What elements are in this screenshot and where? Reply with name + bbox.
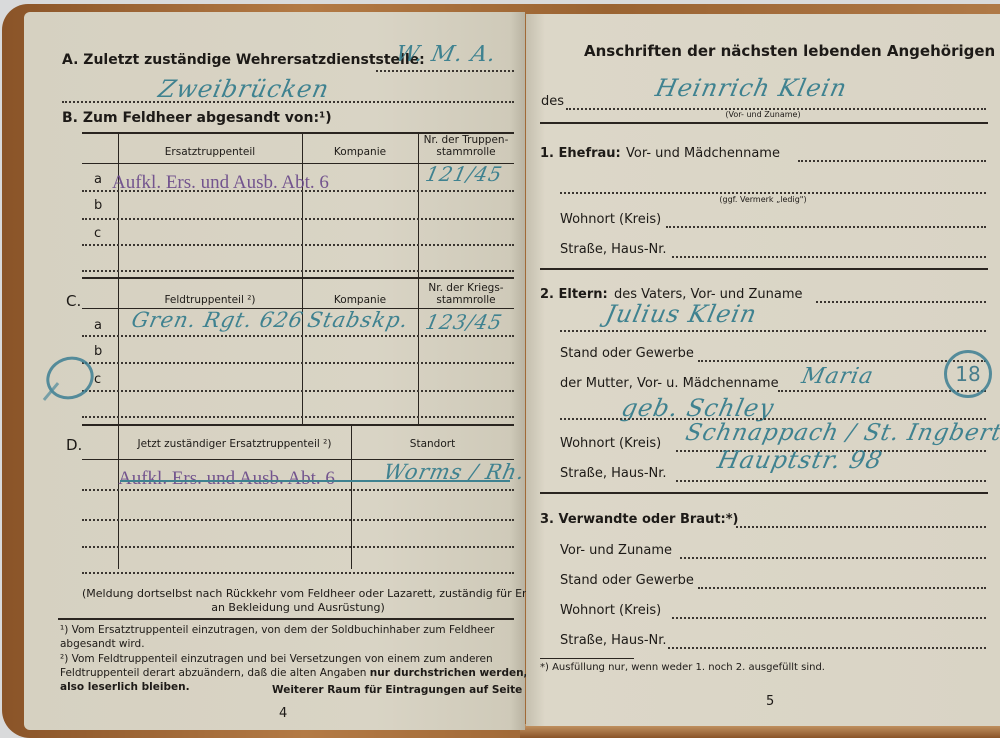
section-3-label: 3. Verwandte oder Braut:*): [540, 512, 738, 527]
table-c-header-number: Nr. der Kriegs-stammrolle: [418, 282, 514, 306]
footnote-2-line3: also leserlich bleiben.: [60, 681, 190, 693]
section-2-father-line2: [560, 330, 986, 332]
section-2-mother-label: der Mutter, Vor- u. Mädchenname: [560, 376, 779, 391]
section-3-name-line: [680, 557, 986, 559]
section-2-street-value: Hauptstr. 98: [715, 446, 885, 474]
footnote-1-line1: ¹) Vom Ersatztruppenteil einzutragen, vo…: [60, 624, 494, 636]
table-c-bottom-rule: [82, 424, 514, 426]
section-2-residence-label: Wohnort (Kreis): [560, 436, 661, 451]
table-b-row-line: [82, 218, 514, 220]
footnote-2-line2-emphasis: nur durchstrichen werden,: [370, 667, 528, 679]
section-2-occupation-line: [698, 360, 986, 362]
des-rule: [540, 122, 988, 124]
table-c-row-company: Stabskp.: [305, 308, 411, 332]
des-value: Heinrich Klein: [653, 74, 850, 102]
table-b-header-company: Kompanie: [302, 146, 418, 158]
table-b-row-line: [82, 244, 514, 246]
table-d-header-location: Standort: [351, 438, 514, 450]
continuation-note: Weiterer Raum für Eintragungen auf Seite…: [272, 684, 545, 696]
section-2-father-line: [816, 301, 986, 303]
table-b-row-line: [82, 190, 514, 192]
section-3-occupation-label: Stand oder Gewerbe: [560, 573, 694, 588]
table-b-header-unit: Ersatztruppenteil: [118, 146, 302, 158]
section-1-name-line: [798, 160, 986, 162]
table-c-row-number: 123/45: [423, 310, 504, 334]
section-2-father-value: Julius Klein: [603, 300, 760, 328]
book-cover-edge: [520, 724, 1000, 738]
section-d-note-line2: an Bekleidung und Ausrüstung): [82, 601, 514, 614]
section-2-street-line: [676, 480, 986, 482]
section-a-value-line1: W. M. A.: [393, 42, 498, 67]
table-b-row-letter: a: [94, 172, 102, 187]
section-2-label: 2. Eltern:: [540, 287, 608, 302]
right-footnote: *) Ausfüllung nur, wenn weder 1. noch 2.…: [540, 662, 825, 673]
section-a-line2: [62, 101, 514, 103]
table-c-row-unit: Gren. Rgt. 626: [129, 308, 305, 332]
table-d-row-unit-stamp: Aufkl. Ers. und Ausb. Abt. 6: [118, 468, 335, 490]
table-d-header-unit: Jetzt zuständiger Ersatztruppenteil ²): [118, 438, 351, 450]
section-c-label: C.: [66, 292, 81, 310]
left-page: A. Zuletzt zuständige Wehrersatzdienstst…: [24, 12, 525, 730]
section-d-label: D.: [66, 436, 82, 454]
footnote-2-line2: Feldtruppenteil derart abzuändern, daß d…: [60, 667, 528, 679]
table-b-row-letter: c: [94, 226, 101, 241]
section-2-rule: [540, 492, 988, 494]
table-d-row-line: [82, 489, 514, 491]
page-number-left: 4: [279, 706, 287, 721]
section-1-street-line: [672, 256, 986, 258]
footnote-rule: [58, 618, 514, 620]
section-1-residence-line: [666, 226, 986, 228]
footnote-rule-right: [540, 658, 634, 659]
table-c-row-line: [82, 362, 514, 364]
footnote-1-line2: abgesandt wird.: [60, 638, 145, 650]
section-a-line1: [376, 70, 514, 72]
section-b-label: B. Zum Feldheer abgesandt von:¹): [62, 110, 332, 126]
table-b-header-number: Nr. der Truppen-stammrolle: [418, 134, 514, 158]
section-1-name-label: Vor- und Mädchenname: [626, 146, 780, 161]
section-2-street-label: Straße, Haus-Nr.: [560, 466, 667, 481]
table-c-row-line: [82, 390, 514, 392]
table-c-row-line: [82, 335, 514, 337]
section-3-line: [736, 526, 986, 528]
table-b-row-letter: b: [94, 198, 102, 213]
table-d-row-line: [82, 519, 514, 521]
strikethrough-line: [120, 480, 510, 482]
number-stamp-icon: 18: [944, 350, 992, 398]
section-1-label: 1. Ehefrau:: [540, 146, 621, 161]
section-3-street-line: [668, 647, 986, 649]
table-c-row-line: [82, 416, 514, 418]
section-2-mother-value-line1: Maria: [799, 364, 876, 389]
table-d-row-line: [82, 546, 514, 548]
right-page-title: Anschriften der nächsten lebenden Angehö…: [584, 42, 995, 60]
section-a-label: A. Zuletzt zuständige Wehrersatzdienstst…: [62, 52, 425, 68]
table-b-row-number: 121/45: [423, 162, 504, 186]
section-2-residence-value: Schnappach / St. Ingbert: [683, 420, 1000, 446]
table-c-row-letter: b: [94, 344, 102, 359]
section-3-street-label: Straße, Haus-Nr.: [560, 633, 667, 648]
table-c-top-rule: [82, 277, 514, 279]
section-1-name-line2: [560, 192, 986, 194]
section-3-residence-label: Wohnort (Kreis): [560, 603, 661, 618]
table-c-row-letter: c: [94, 372, 101, 387]
page-number-right: 5: [766, 694, 774, 709]
table-b-row-line: [82, 270, 514, 272]
section-d-note-line1: (Meldung dortselbst nach Rückkehr vom Fe…: [82, 587, 514, 600]
table-c-header-company: Kompanie: [302, 294, 418, 306]
section-1-rule: [540, 268, 988, 270]
table-c-row-letter: a: [94, 318, 102, 333]
right-page: Anschriften der nächsten lebenden Angehö…: [526, 14, 1000, 726]
section-1-caption: (ggf. Vermerk „ledig"): [526, 195, 1000, 204]
section-2-occupation-label: Stand oder Gewerbe: [560, 346, 694, 361]
table-c-header-unit: Feldtruppenteil ²): [118, 294, 302, 306]
section-3-occupation-line: [698, 587, 986, 589]
section-3-residence-line: [672, 617, 986, 619]
des-label: des: [541, 94, 564, 109]
unit-stamp-icon: [40, 350, 99, 406]
section-3-name-label: Vor- und Zuname: [560, 543, 672, 558]
footnote-2-line1: ²) Vom Feldtruppenteil einzutragen und b…: [60, 653, 493, 665]
section-a-value-line2: Zweibrücken: [156, 75, 332, 103]
section-1-street-label: Straße, Haus-Nr.: [560, 242, 667, 257]
table-d-row-line: [82, 572, 514, 574]
section-1-residence-label: Wohnort (Kreis): [560, 212, 661, 227]
footnote-2-line2-text: Feldtruppenteil derart abzuändern, daß d…: [60, 667, 370, 679]
des-caption: (Vor- und Zuname): [526, 110, 1000, 119]
